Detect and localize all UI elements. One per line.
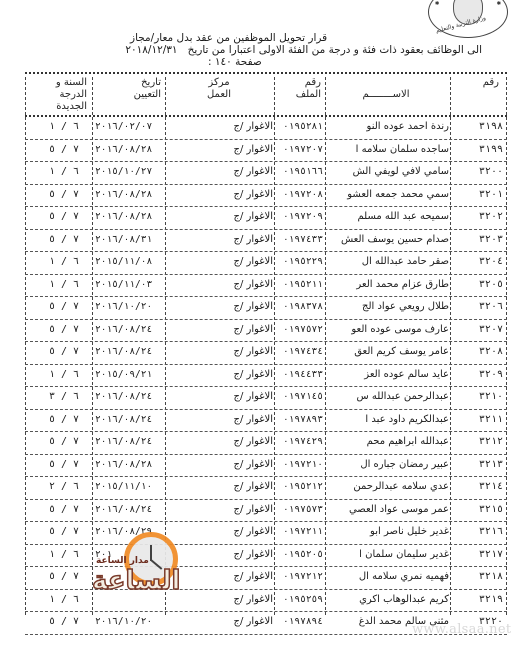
new-grade: ٧ / ٥: [39, 571, 89, 582]
page-label: صفحة: [235, 56, 262, 68]
file-number: ٠١٩٧٢٠٧: [275, 144, 323, 155]
new-grade: ٧ / ٥: [39, 436, 89, 447]
row-number: ٣٢٠٣: [459, 234, 503, 245]
header-date-line: تاريخ: [95, 77, 161, 89]
new-grade: ٧ / ٥: [39, 414, 89, 425]
file-number: ٠١٩٧٢٠٩: [275, 211, 323, 222]
file-number: ٠١٩٨٣٧٨: [275, 301, 323, 312]
document-title-line2: الى الوظائف بعقود ذات فئة و درجة من الفئ…: [12, 44, 482, 56]
work-center: الاغوار /ج: [169, 414, 273, 425]
appointment-date: ٢٠١٥/١٠/٢٧: [95, 166, 165, 177]
file-number: ٠١٩٥٢١١: [275, 279, 323, 290]
table-row: ٣٢١٥عمر موسى عواد العصي٠١٩٧٥٧٣الاغوار /ج…: [25, 500, 507, 523]
new-grade: ٦ / ١: [39, 121, 89, 132]
work-center: الاغوار /ج: [169, 526, 273, 537]
header-file-line: الملف: [277, 89, 321, 101]
new-grade: ٦ / ١: [39, 279, 89, 290]
appointment-date: ٢٠١٦/٠٨/٢٤: [95, 324, 165, 335]
table-row: ٣٢٠٠سامي لافي لويفي الش٠١٩٥١٦٦الاغوار /ج…: [25, 162, 507, 185]
header-grade-line: الجديدة: [33, 101, 87, 113]
employee-name: عايد سالم عوده العز: [329, 369, 449, 380]
row-number: ٣٢١٩: [459, 594, 503, 605]
table-row: ٣٢٠٧عارف موسى عوده العو٠١٩٧٥٧٢الاغوار /ج…: [25, 320, 507, 343]
table-row: ٣٢٠٢سميحه عبد الله مسلم٠١٩٧٢٠٩الاغوار /ج…: [25, 207, 507, 230]
file-number: ٠١٩٤٤٣٣: [275, 369, 323, 380]
file-number: ٠١٩٧٨٩٣: [275, 414, 323, 425]
appointment-date: ٢٠١٦/٠٨/٢٩: [95, 526, 165, 537]
header-num: رقم: [453, 77, 499, 89]
work-center: الاغوار /ج: [169, 504, 273, 515]
appointment-date: ٢٠١٦/٠٨/٢٨: [95, 459, 165, 470]
employee-name: رندة احمد عوده النو: [329, 121, 449, 132]
new-grade: ٧ / ٥: [39, 346, 89, 357]
row-number: ٣٢١٠: [459, 391, 503, 402]
work-center: الاغوار /ج: [169, 481, 273, 492]
new-grade: ٦ / ١: [39, 369, 89, 380]
work-center: الاغوار /ج: [169, 256, 273, 267]
table-row: ٣٢١٣عبير رمضان جباره ال٠١٩٧٢١٠الاغوار /ج…: [25, 455, 507, 478]
employee-name: عامر يوسف كريم العق: [329, 346, 449, 357]
employee-name: سمي محمد جمعه العشو: [329, 189, 449, 200]
appointment-date: ٢٠١٥/١١/١٠: [95, 481, 165, 492]
row-number: ٣١٩٨: [459, 121, 503, 132]
work-center: الاغوار /ج: [169, 391, 273, 402]
file-number: ٠١٩٧٢٠٨: [275, 189, 323, 200]
file-number: ٠١٩٥٢٥٩: [275, 594, 323, 605]
new-grade: ٧ / ٥: [39, 189, 89, 200]
work-center: الاغوار /ج: [169, 211, 273, 222]
new-grade: ٦ / ١: [39, 549, 89, 560]
work-center: الاغوار /ج: [169, 616, 273, 627]
star-icon: ✱: [497, 0, 501, 7]
appointment-date: ٢٠١٦/٠٨/٢٨: [95, 144, 165, 155]
table-row: ٣٢١٧غدير سليمان سلمان ا٠١٩٥٢٠٥الاغوار /ج…: [25, 545, 507, 568]
file-number: ٠١٩٧٤٣٤: [275, 346, 323, 357]
new-grade: ٧ / ٥: [39, 324, 89, 335]
header-top-rule: [25, 72, 507, 74]
row-number: ٣٢١٦: [459, 526, 503, 537]
table-header: رقم الاســــــــم رقم الملف مركز العمل ت…: [25, 77, 507, 115]
work-center: الاغوار /ج: [169, 279, 273, 290]
row-number: ٣٢١٢: [459, 436, 503, 447]
file-number: ٠١٩٧٥٧٣: [275, 504, 323, 515]
employee-name: غدير سليمان سلمان ا: [329, 549, 449, 560]
new-grade: ٦ / ٣: [39, 391, 89, 402]
row-number: ٣٢١١: [459, 414, 503, 425]
work-center: الاغوار /ج: [169, 571, 273, 582]
table-row: ٣١٩٩ساجده سلمان سلامه ا٠١٩٧٢٠٧الاغوار /ج…: [25, 140, 507, 163]
row-number: ٣١٩٩: [459, 144, 503, 155]
header-center-line: مركز: [169, 77, 269, 89]
appointment-date: ٢٠١٦/٠٨/٢٤: [95, 414, 165, 425]
new-grade: ٧ / ٥: [39, 616, 89, 627]
row-number: ٣٢٠٤: [459, 256, 503, 267]
new-grade: ٧ / ٥: [39, 234, 89, 245]
page-number: ١٤٠ :: [208, 56, 232, 68]
employee-name: عبير رمضان جباره ال: [329, 459, 449, 470]
file-number: ٠١٩٧٢١١: [275, 526, 323, 537]
appointment-date: ٢٠١٦/٠٨/٣١: [95, 234, 165, 245]
new-grade: ٦ / ١: [39, 256, 89, 267]
employee-name: طارق عزام محمد العر: [329, 279, 449, 290]
work-center: الاغوار /ج: [169, 346, 273, 357]
work-center: الاغوار /ج: [169, 144, 273, 155]
row-number: ٣٢٠٧: [459, 324, 503, 335]
row-number: ٣٢٠٦: [459, 301, 503, 312]
employee-name: كريم عبدالوهاب اكري: [329, 594, 449, 605]
appointment-date: ٢٠١٦/١٠/٢٠: [95, 616, 165, 627]
employee-name: صقر حامد عبدالله ال: [329, 256, 449, 267]
appointment-date: ٢٠١٦/٠٨/٢٤: [95, 346, 165, 357]
table-row: ٣٢١٦غدير خليل ناصر ابو٠١٩٧٢١١الاغوار /ج٢…: [25, 522, 507, 545]
table-row: ٣٢١٩كريم عبدالوهاب اكري٠١٩٥٢٥٩الاغوار /ج…: [25, 590, 507, 613]
employee-name: ساجده سلمان سلامه ا: [329, 144, 449, 155]
appointment-date: ٢٠١: [95, 549, 165, 560]
header-name: الاســــــــم: [327, 77, 445, 101]
employee-name: عبدالكريم داود عبد ا: [329, 414, 449, 425]
file-number: ٠١٩٧٥٧٢: [275, 324, 323, 335]
row-number: ٣٢٠٢: [459, 211, 503, 222]
table-row: ٣١٩٨رندة احمد عوده النو٠١٩٥٢٨١الاغوار /ج…: [25, 117, 507, 140]
file-number: ٠١٩٧٤٣٣: [275, 234, 323, 245]
header-name-line: الاســــــــم: [327, 89, 445, 101]
table-row: ٣٢١٤عدي سلامه عبدالرحمن٠١٩٥٢١٢الاغوار /ج…: [25, 477, 507, 500]
work-center: الاغوار /ج: [169, 436, 273, 447]
new-grade: ٦ / ١: [39, 166, 89, 177]
table-row: ٣٢١٠عبدالرحمن عبدالله س٠١٩٧١٤٥الاغوار /ج…: [25, 387, 507, 410]
file-number: ٠١٩٥٢٨١: [275, 121, 323, 132]
work-center: الاغوار /ج: [169, 166, 273, 177]
file-number: ٠١٩٧٢١٠: [275, 459, 323, 470]
work-center: الاغوار /ج: [169, 369, 273, 380]
employee-name: صدام حسين يوسف العش: [329, 234, 449, 245]
employee-name: سميحه عبد الله مسلم: [329, 211, 449, 222]
row-number: ٣٢١٤: [459, 481, 503, 492]
appointment-date: ٢٠١٦/٠٢/٠٧: [95, 121, 165, 132]
file-number: ٠١٩٧٨٩٤: [275, 616, 323, 627]
table-row: ٣٢٠١سمي محمد جمعه العشو٠١٩٧٢٠٨الاغوار /ج…: [25, 185, 507, 208]
employee-name: طلال رويعي عواد الج: [329, 301, 449, 312]
effective-date: ٢٠١٨/١٢/٣١: [125, 44, 177, 56]
work-center: الاغوار /ج: [169, 549, 273, 560]
table-row: ٣٢٠٣صدام حسين يوسف العش٠١٩٧٤٣٣الاغوار /ج…: [25, 230, 507, 253]
table-row: ٣٢١١عبدالكريم داود عبد ا٠١٩٧٨٩٣الاغوار /…: [25, 410, 507, 433]
row-number: ٣٢١٧: [459, 549, 503, 560]
header-grade-line: الدرجة: [33, 89, 87, 101]
header-center: مركز العمل: [169, 77, 269, 101]
work-center: الاغوار /ج: [169, 324, 273, 335]
header-grade-line: السنة و: [33, 77, 87, 89]
row-number: ٣٢٠٥: [459, 279, 503, 290]
employee-name: سامي لافي لويفي الش: [329, 166, 449, 177]
work-center: الاغوار /ج: [169, 121, 273, 132]
employee-name: عمر موسى عواد العصي: [329, 504, 449, 515]
table-row: ٣٢٠٩عايد سالم عوده العز٠١٩٤٤٣٣الاغوار /ج…: [25, 365, 507, 388]
row-number: ٣٢١٥: [459, 504, 503, 515]
header-file-line: رقم: [277, 77, 321, 89]
row-number: ٣٢٠٩: [459, 369, 503, 380]
header-date: تاريخ التعيين: [95, 77, 161, 101]
appointment-date: ٢٠١٦/٠٨/٢٤: [95, 391, 165, 402]
work-center: الاغوار /ج: [169, 459, 273, 470]
new-grade: ٧ / ٥: [39, 504, 89, 515]
header-num-line: رقم: [453, 77, 499, 89]
appointment-date: ٢٠١٥/١١/٠٣: [95, 279, 165, 290]
employee-name: عبدالرحمن عبدالله س: [329, 391, 449, 402]
work-center: الاغوار /ج: [169, 189, 273, 200]
new-grade: ٦ / ١: [39, 594, 89, 605]
header-date-line: التعيين: [95, 89, 161, 101]
row-number: ٣٢٠١: [459, 189, 503, 200]
work-center: الاغوار /ج: [169, 234, 273, 245]
employee-name: غدير خليل ناصر ابو: [329, 526, 449, 537]
work-center: الاغوار /ج: [169, 301, 273, 312]
employee-name: عبدالله ابراهيم محم: [329, 436, 449, 447]
header-file: رقم الملف: [277, 77, 321, 101]
header-center-line: العمل: [169, 89, 269, 101]
file-number: ٠١٩٥١٦٦: [275, 166, 323, 177]
new-grade: ٧ / ٥: [39, 301, 89, 312]
appointment-date: ٢٠١٥/١١/٠٨: [95, 256, 165, 267]
table-row: ٣٢٠٥طارق عزام محمد العر٠١٩٥٢١١الاغوار /ج…: [25, 275, 507, 298]
page-indicator: صفحة ١٤٠ :: [208, 56, 262, 68]
employee-name: عدي سلامه عبدالرحمن: [329, 481, 449, 492]
new-grade: ٧ / ٥: [39, 211, 89, 222]
appointment-date: ٢٠١٦/٠٨/٢٨: [95, 211, 165, 222]
table-row: ٣٢١٢عبدالله ابراهيم محم٠١٩٧٤٢٩الاغوار /ج…: [25, 432, 507, 455]
file-number: ٠١٩٧١٤٥: [275, 391, 323, 402]
file-number: ٠١٩٥٢٢٩: [275, 256, 323, 267]
ministry-seal: ✱ ✱ وزارة التربية والتعليم: [428, 0, 508, 38]
row-number: ٣٢٠٨: [459, 346, 503, 357]
appointment-date: ٢٠١٦/٠٨/٢٤: [95, 504, 165, 515]
table-row: ٣٢٠٤صقر حامد عبدالله ال٠١٩٥٢٢٩الاغوار /ج…: [25, 252, 507, 275]
appointment-date: ٢٠١٦/٠٨/٢٤: [95, 436, 165, 447]
title-text: الى الوظائف بعقود ذات فئة و درجة من الفئ…: [188, 44, 482, 56]
table-row: ٣٢٠٨عامر يوسف كريم العق٠١٩٧٤٣٤الاغوار /ج…: [25, 342, 507, 365]
new-grade: ٦ / ٢: [39, 481, 89, 492]
watermark-url: www.alsaa.net: [412, 622, 511, 637]
employee-name: فهميه نمري سلامه ال: [329, 571, 449, 582]
document-title-line1: قرار تحويل الموظفين من عقد بدل معار/مجاز: [130, 32, 327, 44]
new-grade: ٧ / ٥: [39, 526, 89, 537]
employee-name: عارف موسى عوده العو: [329, 324, 449, 335]
appointment-date: ٢٠١٦/١٠/٢٠: [95, 301, 165, 312]
header-grade: السنة و الدرجة الجديدة: [33, 77, 87, 113]
row-number: ٣٢١٣: [459, 459, 503, 470]
table-row: ٣٢١٨فهميه نمري سلامه ال٠١٩٧٢١٢الاغوار /ج…: [25, 567, 507, 590]
file-number: ٠١٩٧٢١٢: [275, 571, 323, 582]
new-grade: ٧ / ٥: [39, 144, 89, 155]
row-number: ٣٢١٨: [459, 571, 503, 582]
star-icon: ✱: [435, 0, 439, 7]
appointment-date: ٢٠١٦/٠٨/٢٨: [95, 189, 165, 200]
file-number: ٠١٩٥٢١٢: [275, 481, 323, 492]
new-grade: ٧ / ٥: [39, 459, 89, 470]
appointment-date: ٢٠١٥/٠٩/٢١: [95, 369, 165, 380]
row-number: ٣٢٠٠: [459, 166, 503, 177]
table-row: ٣٢٠٦طلال رويعي عواد الج٠١٩٨٣٧٨الاغوار /ج…: [25, 297, 507, 320]
file-number: ٠١٩٧٤٢٩: [275, 436, 323, 447]
file-number: ٠١٩٥٢٠٥: [275, 549, 323, 560]
work-center: الاغوار /ج: [169, 594, 273, 605]
